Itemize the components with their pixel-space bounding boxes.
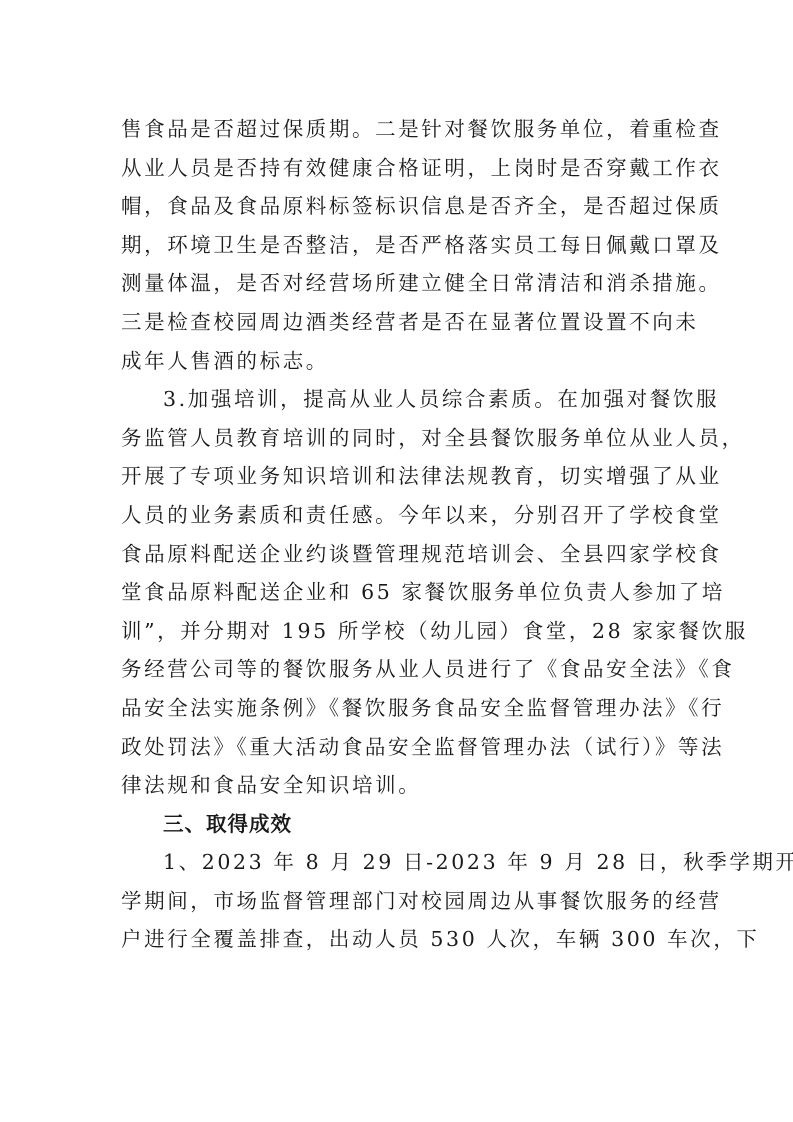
paragraph-line: 售食品是否超过保质期。二是针对餐饮服务单位，着重检查 xyxy=(121,110,674,149)
paragraph-line: 3.加强培训，提高从业人员综合素质。在加强对餐饮服 xyxy=(121,380,674,419)
paragraph-line: 测量体温，是否对经营场所建立健全日常清洁和消杀措施。 xyxy=(121,264,674,303)
paragraph-line: 三是检查校园周边酒类经营者是否在显著位置设置不向未 xyxy=(121,303,674,342)
paragraph-line: 1、2023 年 8 月 29 日-2023 年 9 月 28 日，秋季学期开 xyxy=(121,843,674,882)
paragraph-line: 训”，并分期对 195 所学校（幼儿园）食堂，28 家家餐饮服 xyxy=(121,612,674,651)
document-body: 售食品是否超过保质期。二是针对餐饮服务单位，着重检查 从业人员是否持有效健康合格… xyxy=(121,110,674,959)
paragraph-line: 从业人员是否持有效健康合格证明，上岗时是否穿戴工作衣 xyxy=(121,149,674,188)
paragraph-line: 堂食品原料配送企业和 65 家餐饮服务单位负责人参加了培 xyxy=(121,573,674,612)
paragraph-line: 食品原料配送企业约谈暨管理规范培训会、全县四家学校食 xyxy=(121,535,674,574)
paragraph-line: 期，环境卫生是否整洁，是否严格落实员工每日佩戴口罩及 xyxy=(121,226,674,265)
paragraph-line: 律法规和食品安全知识培训。 xyxy=(121,766,674,805)
paragraph-line: 品安全法实施条例》《餐饮服务食品安全监督管理办法》《行 xyxy=(121,689,674,728)
paragraph-line: 务监管人员教育培训的同时，对全县餐饮服务单位从业人员， xyxy=(121,419,674,458)
paragraph-line: 政处罚法》《重大活动食品安全监督管理办法（试行）》等法 xyxy=(121,728,674,767)
document-page: 售食品是否超过保质期。二是针对餐饮服务单位，着重检查 从业人员是否持有效健康合格… xyxy=(0,0,793,1122)
paragraph-line: 学期间，市场监督管理部门对校园周边从事餐饮服务的经营 xyxy=(121,882,674,921)
paragraph-line: 帽，食品及食品原料标签标识信息是否齐全，是否超过保质 xyxy=(121,187,674,226)
paragraph-line: 开展了专项业务知识培训和法律法规教育，切实增强了从业 xyxy=(121,457,674,496)
paragraph-line: 户进行全覆盖排查，出动人员 530 人次，车辆 300 车次，下 xyxy=(121,920,674,959)
section-heading: 三、取得成效 xyxy=(121,805,674,844)
paragraph-line: 务经营公司等的餐饮服务从业人员进行了《食品安全法》《食 xyxy=(121,650,674,689)
paragraph-line: 成年人售酒的标志。 xyxy=(121,342,674,381)
paragraph-line: 人员的业务素质和责任感。今年以来，分别召开了学校食堂 xyxy=(121,496,674,535)
